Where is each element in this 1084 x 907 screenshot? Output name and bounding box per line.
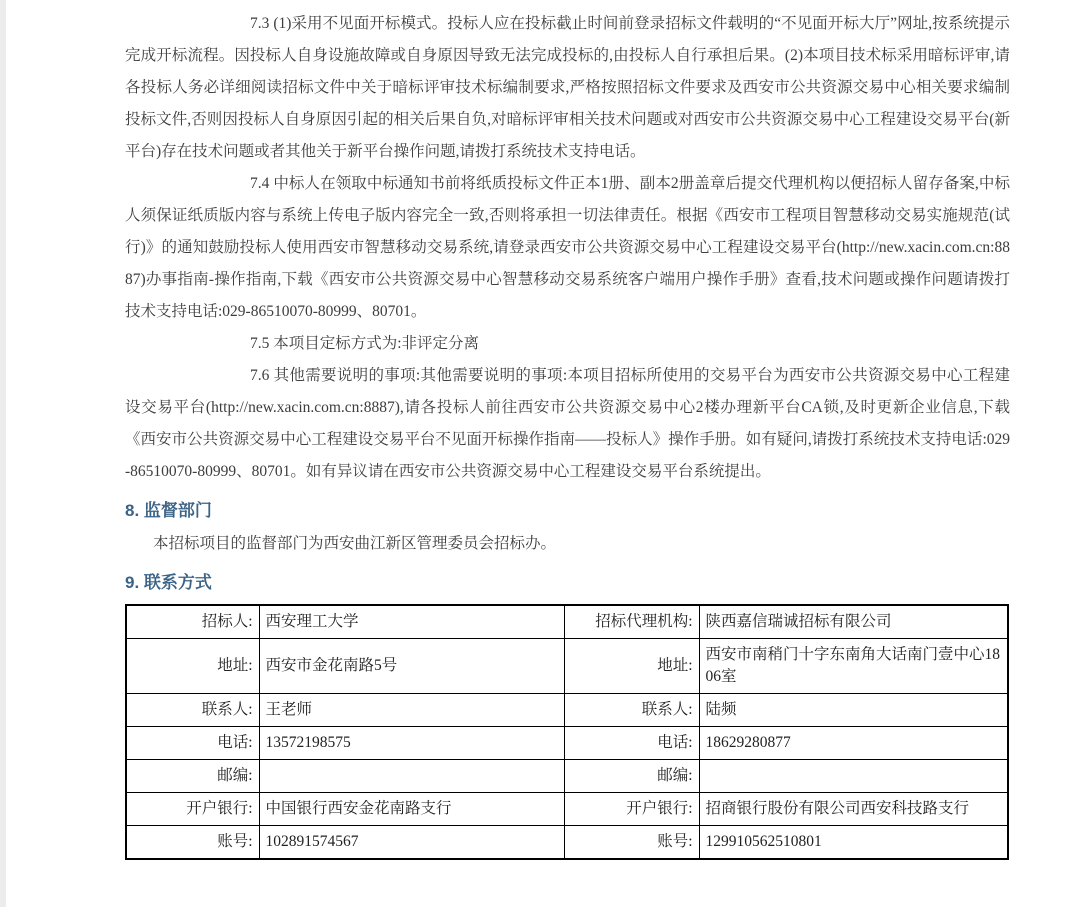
bidder-account-value: 102891574567	[259, 826, 564, 860]
table-row-bank: 开户银行: 中国银行西安金花南路支行 开户银行: 招商银行股份有限公司西安科技路…	[126, 793, 1008, 826]
agency-contact-label: 联系人:	[564, 694, 699, 727]
bidder-contact-label: 联系人:	[126, 694, 259, 727]
agency-phone-value: 18629280877	[699, 727, 1008, 760]
section-9-heading: 9. 联系方式	[125, 570, 1010, 596]
agency-phone-label: 电话:	[564, 727, 699, 760]
section-8-heading: 8. 监督部门	[125, 498, 1010, 524]
bidder-account-label: 账号:	[126, 826, 259, 860]
agency-bank-label: 开户银行:	[564, 793, 699, 826]
clause-7-5: 7.5 本项目定标方式为:非评定分离	[125, 328, 1010, 360]
table-row-address: 地址: 西安市金花南路5号 地址: 西安市南稍门十字东南角大话南门壹中心1806…	[126, 639, 1008, 694]
contact-table: 招标人: 西安理工大学 招标代理机构: 陕西嘉信瑞诚招标有限公司 地址: 西安市…	[125, 604, 1009, 860]
bidder-label: 招标人:	[126, 605, 259, 639]
agency-bank-value: 招商银行股份有限公司西安科技路支行	[699, 793, 1008, 826]
bidder-phone-value: 13572198575	[259, 727, 564, 760]
clause-7-6: 7.6 其他需要说明的事项:其他需要说明的事项:本项目招标所使用的交易平台为西安…	[125, 360, 1010, 488]
bidder-postcode-label: 邮编:	[126, 760, 259, 793]
bidder-bank-value: 中国银行西安金花南路支行	[259, 793, 564, 826]
agency-address-label: 地址:	[564, 639, 699, 694]
bidder-address-label: 地址:	[126, 639, 259, 694]
bidder-bank-label: 开户银行:	[126, 793, 259, 826]
agency-postcode-value	[699, 760, 1008, 793]
page-left-edge	[0, 0, 6, 907]
bidder-value: 西安理工大学	[259, 605, 564, 639]
bidder-phone-label: 电话:	[126, 727, 259, 760]
document-page: 7.3 (1)采用不见面开标模式。投标人应在投标截止时间前登录招标文件载明的“不…	[0, 0, 1084, 907]
table-row-bidder: 招标人: 西安理工大学 招标代理机构: 陕西嘉信瑞诚招标有限公司	[126, 605, 1008, 639]
agency-postcode-label: 邮编:	[564, 760, 699, 793]
agency-contact-value: 陆频	[699, 694, 1008, 727]
agency-address-value: 西安市南稍门十字东南角大话南门壹中心1806室	[699, 639, 1008, 694]
agency-account-label: 账号:	[564, 826, 699, 860]
bidder-postcode-value	[259, 760, 564, 793]
agency-account-value: 129910562510801	[699, 826, 1008, 860]
bidder-contact-value: 王老师	[259, 694, 564, 727]
table-row-postcode: 邮编: 邮编:	[126, 760, 1008, 793]
document-content: 7.3 (1)采用不见面开标模式。投标人应在投标截止时间前登录招标文件载明的“不…	[125, 8, 1010, 860]
clause-7-3: 7.3 (1)采用不见面开标模式。投标人应在投标截止时间前登录招标文件载明的“不…	[125, 8, 1010, 168]
agency-value: 陕西嘉信瑞诚招标有限公司	[699, 605, 1008, 639]
clause-7-4: 7.4 中标人在领取中标通知书前将纸质投标文件正本1册、副本2册盖章后提交代理机…	[125, 168, 1010, 328]
agency-label: 招标代理机构:	[564, 605, 699, 639]
bidder-address-value: 西安市金花南路5号	[259, 639, 564, 694]
section-8-body: 本招标项目的监督部门为西安曲江新区管理委员会招标办。	[125, 528, 1010, 560]
table-row-phone: 电话: 13572198575 电话: 18629280877	[126, 727, 1008, 760]
table-row-contact-person: 联系人: 王老师 联系人: 陆频	[126, 694, 1008, 727]
table-row-account: 账号: 102891574567 账号: 129910562510801	[126, 826, 1008, 860]
